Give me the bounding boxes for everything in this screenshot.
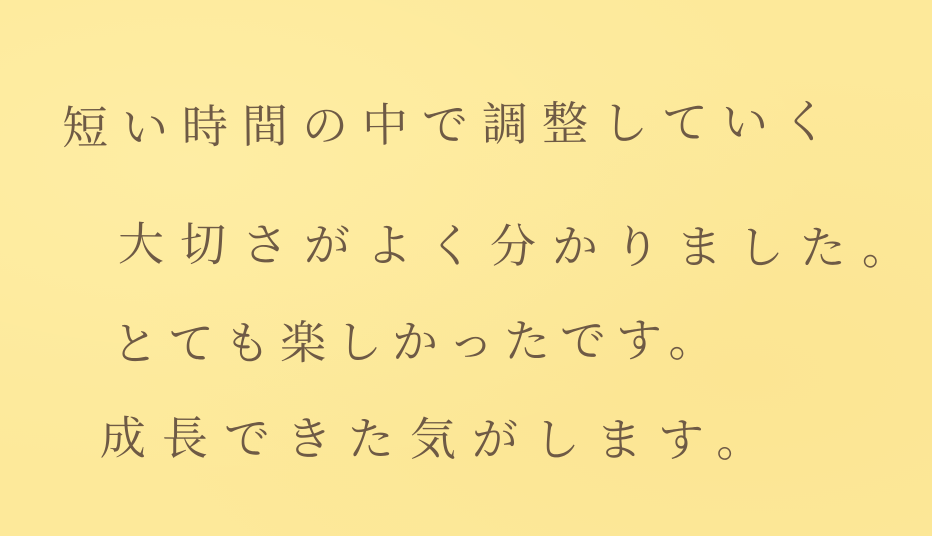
note-line-3: とても楽しかったです。: [112, 304, 725, 374]
note-line-2: 大切さがよく分かりました。: [118, 208, 924, 278]
note-line-4: 成長できた気がします。: [100, 402, 779, 470]
handwritten-note: 短い時間の中で調整していく 大切さがよく分かりました。 とても楽しかったです。 …: [0, 0, 932, 536]
note-line-1: 短い時間の中で調整していく: [62, 85, 843, 158]
